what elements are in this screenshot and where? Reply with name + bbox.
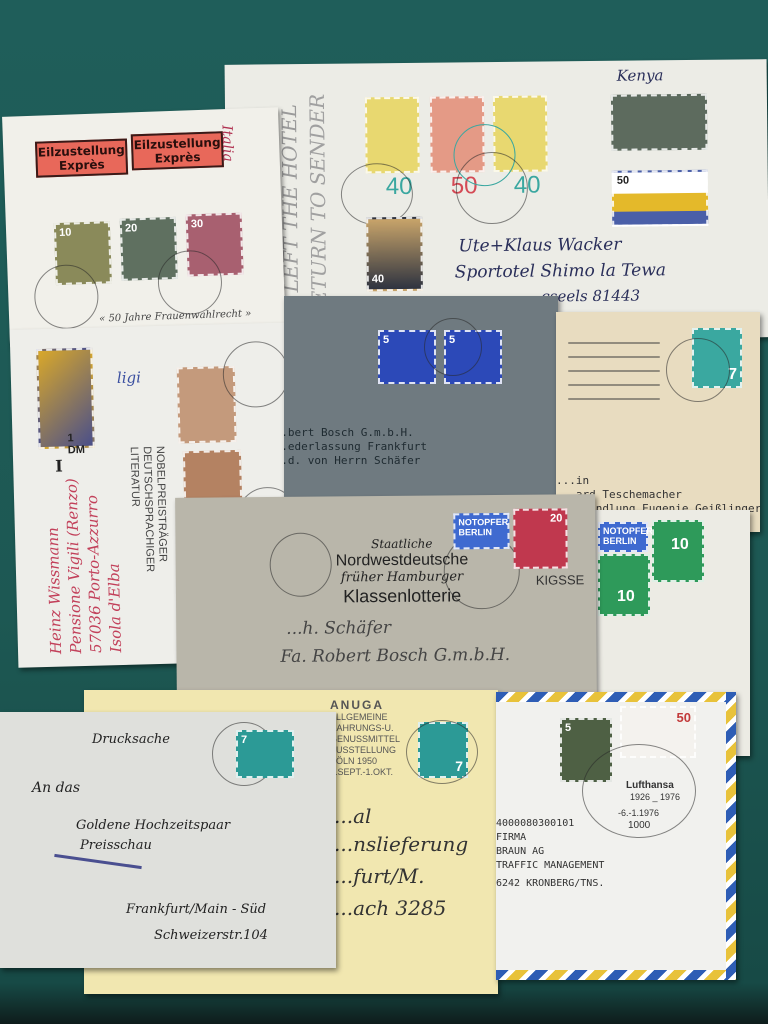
postmark-text: Lufthansa (626, 780, 674, 791)
address-line-1: Ute+Klaus Wacker (458, 235, 621, 257)
address-line-1: ...bert Bosch G.m.b.H. (284, 426, 414, 439)
postmark-date: -6.-1.1976 (618, 808, 659, 818)
airmail-border-bottom (496, 970, 736, 980)
stamp-value: 50 (617, 175, 629, 187)
cancel-line (568, 342, 660, 344)
postmark (222, 341, 290, 409)
postmark-mainz (666, 338, 730, 402)
mark: I (55, 456, 63, 475)
stamp-notopfer: NOTOPFER BERLIN (598, 522, 648, 552)
cancel-text: KIGSSE (536, 572, 585, 587)
country-kenya: Kenya (617, 66, 664, 84)
address-line-2: FIRMA (496, 832, 526, 843)
stamp-baden-1 (365, 97, 420, 174)
address-line-2: Fa. Robert Bosch G.m.b.H. (280, 645, 510, 667)
address-line-1: ...in (556, 474, 589, 487)
express-label-2: Eilzustellung Exprès (131, 131, 224, 170)
initials: ligi (117, 368, 141, 387)
stamp-heuss-7: 7 (236, 730, 294, 778)
cancel-line (568, 370, 660, 372)
address-line-4: Frankfurt/Main - Süd (126, 902, 266, 917)
address-line-2: Sportotel Shimo la Tewa (455, 260, 666, 282)
stamp-value: 40 (372, 273, 384, 285)
stamp-portrait-hat: 40 (366, 217, 423, 292)
block-title: NOBELPREISTRÄGER DEUTSCHSPRACHIGER LITER… (127, 446, 169, 573)
underline (54, 854, 142, 869)
postmark (455, 152, 528, 225)
stamp-notopfer: NOTOPFER BERLIN (453, 513, 509, 549)
address-line-5: 6242 KRONBERG/TNS. (496, 878, 604, 889)
address-line-3: BRAUN AG (496, 846, 544, 857)
stamp-brandenburger-tor: 20 (513, 508, 568, 568)
postmark-hannover (269, 532, 332, 597)
address-line-1: ...al (334, 804, 371, 828)
envelope-express: Eilzustellung Exprès Eilzustellung Exprè… (2, 107, 286, 346)
stamp-posthorn-1: 10 (652, 520, 704, 582)
envelope-lotterie: Staatliche Nordwestdeutsche früher Hambu… (175, 494, 597, 702)
address-line-2: Goldene Hochzeitspaar (76, 818, 230, 833)
postmark (424, 318, 482, 376)
airmail-border-right (726, 692, 736, 980)
stamp-tram: 50 (612, 170, 709, 227)
address-line-1: 4000080300101 (496, 818, 574, 829)
address-line-3: ...furt/M. (334, 864, 425, 888)
stamp-posthorn-2: 10 (598, 554, 650, 616)
address-line-2: ...ederlassung Frankfurt (284, 440, 427, 453)
address-line-5: Schweizerstr.104 (154, 928, 268, 943)
address-line-1: An das (32, 780, 80, 796)
header-drucksache: Drucksache (92, 732, 170, 747)
cancel-line (568, 398, 660, 400)
envelope-drucksache: Drucksache 7 An das Goldene Hochzeitspaa… (0, 712, 336, 968)
address-line-3: ...d. von Herrn Schäfer (284, 454, 420, 467)
stamp-fossil (611, 94, 708, 151)
address-line-1: ...h. Schäfer (286, 618, 391, 639)
corner-note-italia: Italia (218, 125, 235, 162)
address-line-3: Preisschau (80, 838, 152, 853)
postmark-code: 1000 (628, 820, 650, 831)
address-line-2: ...nslieferung (334, 832, 468, 856)
envelope-gray: 5 5 ...bert Bosch G.m.b.H. ...ederlassun… (284, 296, 558, 514)
address-line-4: TRAFFIC MANAGEMENT (496, 860, 604, 871)
cancel-line (568, 384, 660, 386)
address: Heinz Wissmann Pensione Vigili (Renzo) 5… (42, 477, 127, 654)
address-line-4: ...ach 3285 (334, 896, 446, 920)
block-caption: « 50 Jahre Frauenwahlrecht » (99, 308, 251, 324)
postmark-years: 1926 _ 1976 (630, 792, 680, 802)
postmark (406, 720, 478, 784)
envelope-lufthansa: 5 50 Lufthansa 1926 _ 1976 -6.-1.1976 10… (496, 692, 736, 980)
express-label-1: Eilzustellung Exprès (35, 139, 128, 178)
cancel-line (568, 356, 660, 358)
airmail-border-top (496, 692, 736, 702)
anuga-slogan: ANUGA ALLGEMEINE NAHRUNGS-U. GENUSSMITTE… (330, 698, 400, 778)
stamp-rail-berlin: 1 DM (36, 348, 95, 449)
